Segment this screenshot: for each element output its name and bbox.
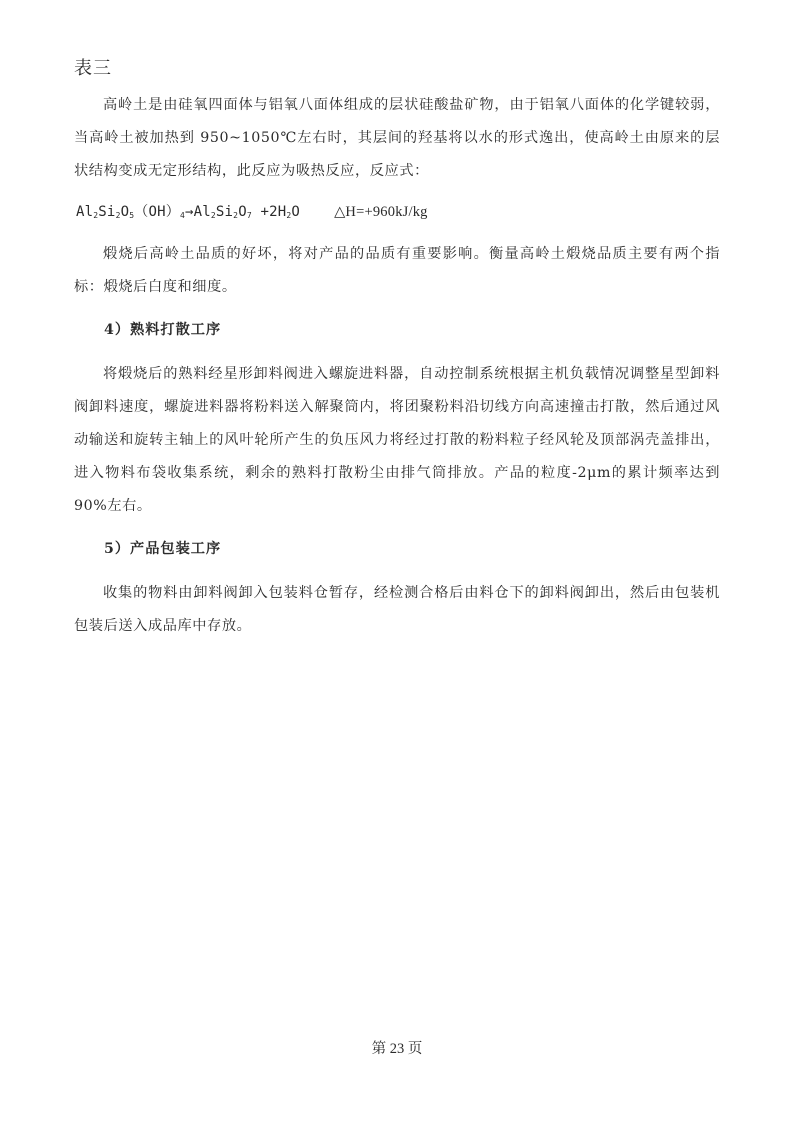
section-heading-dispersion: 4）熟料打散工序 xyxy=(74,318,720,342)
paragraph-kaolin-structure: 高岭土是由硅氧四面体与铝氧八面体组成的层状硅酸盐矿物，由于铝氧八面体的化学键较弱… xyxy=(74,89,720,188)
page-content: 表三 高岭土是由硅氧四面体与铝氧八面体组成的层状硅酸盐矿物，由于铝氧八面体的化学… xyxy=(74,57,720,643)
reaction-formula: Al2Si2O5（OH）4→Al2Si2O7 +2H2O△H=+960kJ/kg xyxy=(74,196,720,232)
section-heading-packaging: 5）产品包装工序 xyxy=(74,537,720,561)
table-caption: 表三 xyxy=(74,57,720,81)
document-page: 表三 高岭土是由硅氧四面体与铝氧八面体组成的层状硅酸盐矿物，由于铝氧八面体的化学… xyxy=(0,0,794,1123)
page-number: 第 23 页 xyxy=(0,1037,794,1058)
paragraph-packaging-process: 收集的物料由卸料阀卸入包装料仓暂存，经检测合格后由料仓下的卸料阀卸出，然后由包装… xyxy=(74,577,720,643)
paragraph-calcination-quality: 煅烧后高岭土品质的好坏，将对产品的品质有重要影响。衡量高岭土煅烧品质主要有两个指… xyxy=(74,238,720,304)
paragraph-dispersion-process: 将煅烧后的熟料经星形卸料阀进入螺旋进料器，自动控制系统根据主机负载情况调整星型卸… xyxy=(74,358,720,523)
enthalpy-value: △H=+960kJ/kg xyxy=(334,204,428,220)
formula-text: Al2Si2O5（OH）4→Al2Si2O7 +2H2O xyxy=(76,204,300,220)
